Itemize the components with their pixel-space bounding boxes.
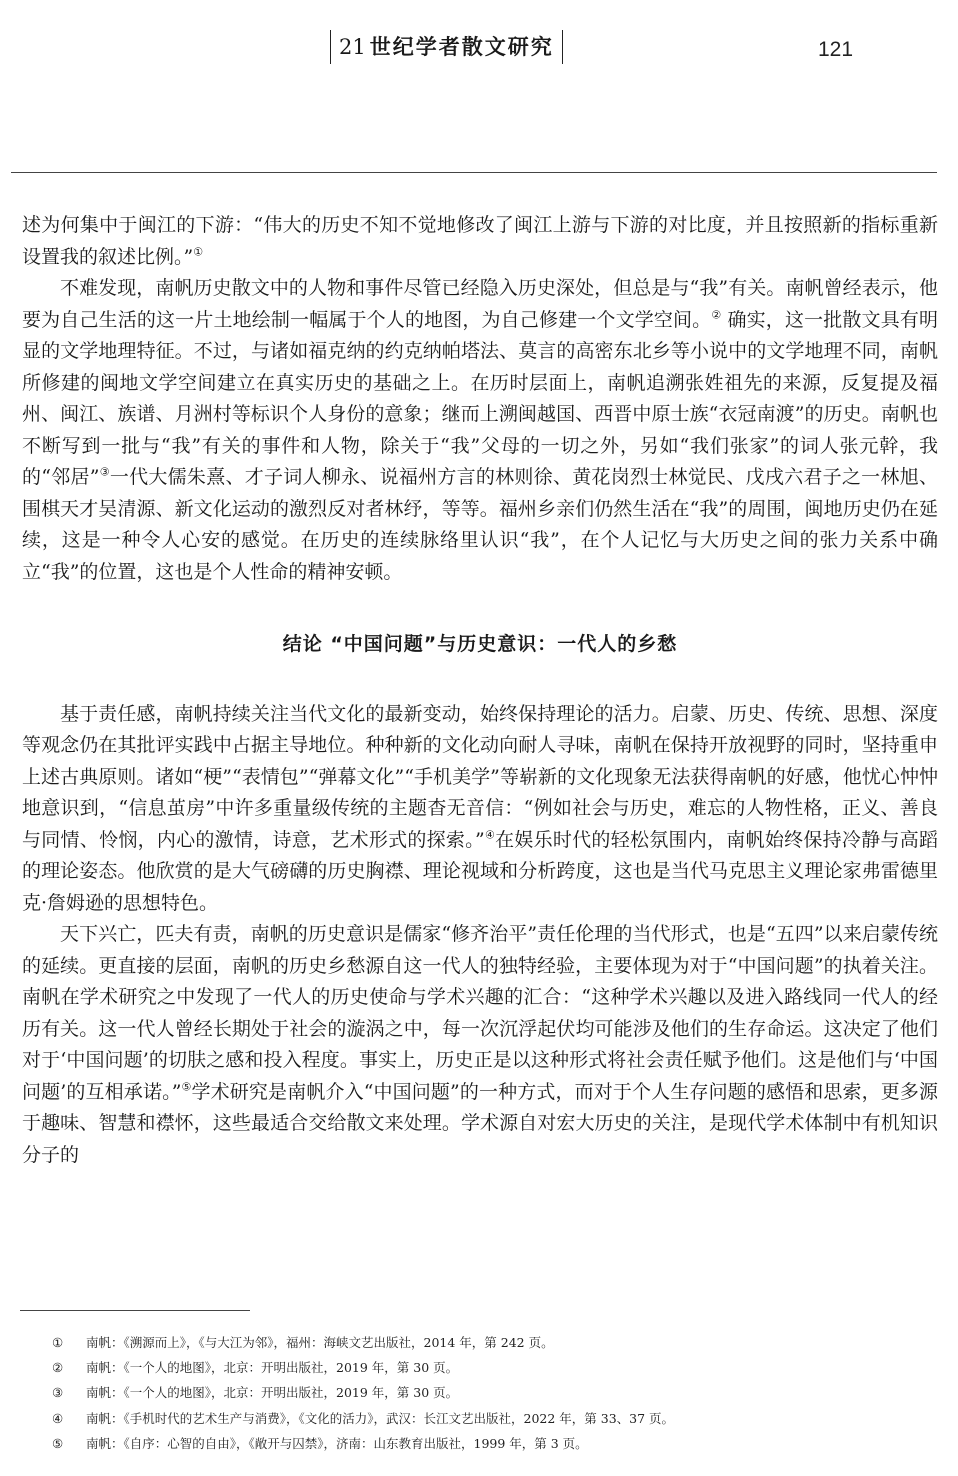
footnote-text: 南帆：《一个人的地图》，北京：开明出版社，2019 年，第 30 页。 <box>86 1380 458 1405</box>
footnote-mark: ① <box>52 1330 86 1355</box>
section-heading: 结论 “中国问题”与历史意识：一代人的乡愁 <box>22 629 938 661</box>
footnote-mark: ③ <box>52 1380 86 1405</box>
paragraphs-after-heading: 基于责任感，南帆持续关注当代文化的最新变动，始终保持理论的活力。启蒙、历史、传统… <box>22 699 938 1172</box>
footnote-reference[interactable]: ④ <box>485 828 495 841</box>
footnote-item: ①南帆：《溯源而上》，《与大江为邻》，福州：海峡文艺出版社，2014 年，第 2… <box>52 1330 932 1355</box>
running-title-number: 21 <box>339 35 366 59</box>
paragraph-text: 确实，这一批散文具有明显的文学地理特征。不过，与诸如福克纳的约克纳帕塔法、莫言的… <box>22 309 938 489</box>
footnote-item: ⑤南帆：《自序：心智的自由》，《敞开与囚禁》，济南：山东教育出版社，1999 年… <box>52 1431 932 1456</box>
footnote-item: ④南帆：《手机时代的艺术生产与消费》，《文化的活力》，武汉：长江文艺出版社，20… <box>52 1406 932 1431</box>
footnote-separator <box>20 1310 250 1311</box>
body-text: 述为何集中于闽江的下游：“伟大的历史不知不觉地修改了闽江上游与下游的对比度，并且… <box>22 210 938 1171</box>
footnote-item: ③南帆：《一个人的地图》，北京：开明出版社，2019 年，第 30 页。 <box>52 1380 932 1405</box>
paragraph-text: 述为何集中于闽江的下游：“伟大的历史不知不觉地修改了闽江上游与下游的对比度，并且… <box>22 214 938 268</box>
footnote-reference[interactable]: ① <box>193 245 203 258</box>
running-title: 21世纪学者散文研究 <box>330 30 563 64</box>
footnote-text: 南帆：《自序：心智的自由》，《敞开与囚禁》，济南：山东教育出版社，1999 年，… <box>86 1431 588 1456</box>
page-header: 21世纪学者散文研究 121 <box>0 30 958 70</box>
footnote-text: 南帆：《一个人的地图》，北京：开明出版社，2019 年，第 30 页。 <box>86 1355 458 1380</box>
footnote-mark: ⑤ <box>52 1431 86 1456</box>
running-title-text: 世纪学者散文研究 <box>370 35 554 59</box>
body-paragraph: 不难发现，南帆历史散文中的人物和事件尽管已经隐入历史深处，但总是与“我”有关。南… <box>22 273 938 588</box>
footnote-reference[interactable]: ③ <box>99 466 109 479</box>
footnote-item: ②南帆：《一个人的地图》，北京：开明出版社，2019 年，第 30 页。 <box>52 1355 932 1380</box>
body-paragraph: 述为何集中于闽江的下游：“伟大的历史不知不觉地修改了闽江上游与下游的对比度，并且… <box>22 210 938 273</box>
page-number: 121 <box>818 38 853 62</box>
footnote-mark: ④ <box>52 1406 86 1431</box>
footnote-mark: ② <box>52 1355 86 1380</box>
footnote-text: 南帆：《溯源而上》，《与大江为邻》，福州：海峡文艺出版社，2014 年，第 24… <box>86 1330 554 1355</box>
paragraph-text: 天下兴亡，匹夫有责，南帆的历史意识是儒家“修齐治平”责任伦理的当代形式，也是“五… <box>22 923 938 1103</box>
footnote-reference[interactable]: ⑤ <box>181 1080 191 1093</box>
footnote-reference[interactable]: ② <box>711 308 721 321</box>
footnote-text: 南帆：《手机时代的艺术生产与消费》，《文化的活力》，武汉：长江文艺出版社，202… <box>86 1406 674 1431</box>
paragraphs-before-heading: 述为何集中于闽江的下游：“伟大的历史不知不觉地修改了闽江上游与下游的对比度，并且… <box>22 210 938 588</box>
body-paragraph: 基于责任感，南帆持续关注当代文化的最新变动，始终保持理论的活力。启蒙、历史、传统… <box>22 699 938 920</box>
footnotes: ①南帆：《溯源而上》，《与大江为邻》，福州：海峡文艺出版社，2014 年，第 2… <box>52 1330 932 1456</box>
paragraph-text: 一代大儒朱熹、才子词人柳永、说福州方言的林则徐、黄花岗烈士林觉民、戊戌六君子之一… <box>22 466 938 583</box>
body-paragraph: 天下兴亡，匹夫有责，南帆的历史意识是儒家“修齐治平”责任伦理的当代形式，也是“五… <box>22 919 938 1171</box>
header-rule <box>11 172 937 173</box>
